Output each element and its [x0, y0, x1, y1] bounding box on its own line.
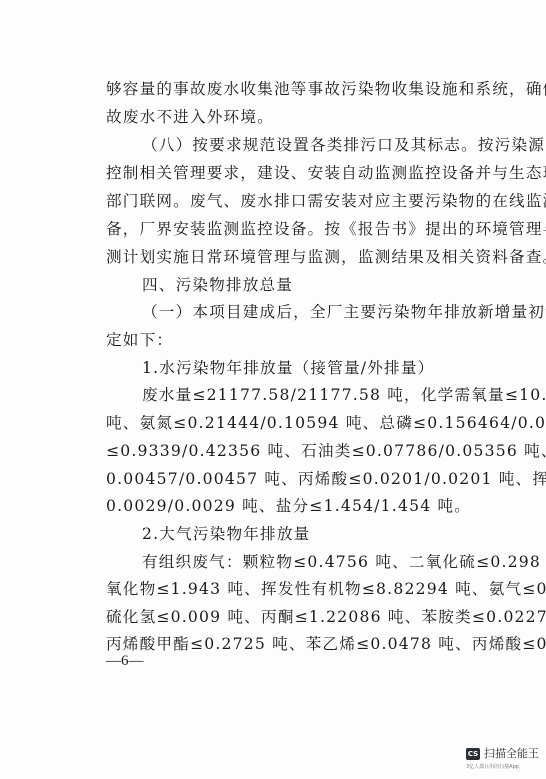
text-line: （一）本项目建成后，全厂主要污染物年排放新增量初步核	[142, 302, 488, 322]
text-line: 氧化物≤1.943 吨、挥发性有机物≤8.82294 吨、氨气≤0.018 吨、	[106, 579, 488, 599]
text-line: 够容量的事故废水收集池等事故污染物收集设施和系统，确保事	[106, 79, 488, 99]
text-line: 有组织废气：颗粒物≤0.4756 吨、二氧化硫≤0.298 吨、氮	[142, 552, 488, 572]
watermark-app-name: 扫描全能王	[484, 747, 539, 761]
watermark-tagline: 3亿人都在用的扫描App	[466, 763, 519, 771]
page-number: —6—	[106, 651, 144, 671]
text-line: 2.大气污染物年排放量	[142, 524, 488, 544]
text-line: ≤0.9339/0.42356 吨、石油类≤0.07786/0.05356 吨、…	[106, 441, 488, 461]
text-line: 0.00457/0.00457 吨、丙烯酸≤0.0201/0.0201 吨、挥发…	[106, 469, 488, 489]
scanner-watermark: CS 扫描全能王 3亿人都在用的扫描App	[462, 748, 546, 776]
text-line: 控制相关管理要求，建设、安装自动监测监控设备并与生态环境	[106, 163, 488, 183]
text-line: 定如下：	[106, 330, 488, 350]
text-line: 测计划实施日常环境管理与监测，监测结果及相关资料备查。	[106, 247, 488, 267]
text-line: 硫化氢≤0.009 吨、丙酮≤1.22086 吨、苯胺类≤0.0227 吨、甲基	[106, 607, 488, 627]
document-page: 够容量的事故废水收集池等事故污染物收集设施和系统，确保事故废水不进入外环境。（八…	[0, 0, 546, 779]
text-line: 废水量≤21177.58/21177.58 吨，化学需氧量≤10.1389/1.…	[142, 385, 488, 405]
text-line: 部门联网。废气、废水排口需安装对应主要污染物的在线监测设	[106, 191, 488, 211]
text-line: （八）按要求规范设置各类排污口及其标志。按污染源自动	[142, 135, 488, 155]
text-line: 四、污染物排放总量	[142, 275, 488, 295]
text-line: 故废水不进入外环境。	[106, 107, 488, 127]
text-line: 0.0029/0.0029 吨、盐分≤1.454/1.454 吨。	[106, 496, 488, 516]
text-line: 1.水污染物年排放量（接管量/外排量）	[142, 358, 488, 378]
text-line: 丙烯酸甲酯≤0.2725 吨、苯乙烯≤0.0478 吨、丙烯酸≤0.16295	[106, 634, 488, 654]
camscanner-logo-icon: CS	[466, 748, 480, 760]
text-line: 吨、氨氮≤0.21444/0.10594 吨、总磷≤0.156464/0.010…	[106, 413, 488, 433]
text-line: 备，厂界安装监测监控设备。按《报告书》提出的环境管理与监	[106, 219, 488, 239]
